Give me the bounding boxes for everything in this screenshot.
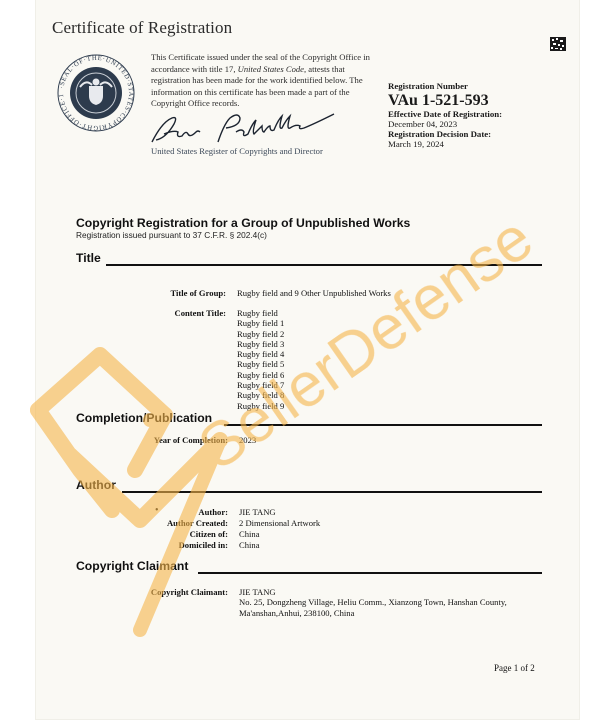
domiciled-in-value: China [239,540,260,550]
document-heading: Copyright Registration for a Group of Un… [76,216,410,230]
title-of-group-label: Title of Group: [106,288,226,298]
registration-number: VAu 1-521-593 [388,92,502,109]
content-title-item: Rugby field 1 [237,318,284,328]
decision-date: March 19, 2024 [388,139,502,149]
author-created-value: 2 Dimensional Artwork [239,518,320,528]
effective-date: December 04, 2023 [388,119,502,129]
author-created-label: Author Created: [108,518,228,528]
section-author-rule [122,491,542,493]
copyright-claimant-label: Copyright Claimant: [108,587,228,597]
document-subheading: Registration issued pursuant to 37 C.F.R… [76,230,267,240]
content-title-label: Content Title: [106,308,226,318]
content-title-item: Rugby field [237,308,284,318]
author-label: Author: [108,507,228,517]
section-claimant-rule [198,572,542,574]
section-title-heading: Title [76,251,101,265]
claimant-address-line1: No. 25, Dongzheng Village, Heliu Comm., … [239,597,507,607]
claimant-name: JIE TANG [239,587,507,597]
section-title-rule [106,264,542,266]
certificate-intro-text: This Certificate issued under the seal o… [151,52,376,110]
author-value: JIE TANG [239,507,276,517]
certificate-title: Certificate of Registration [52,18,232,38]
citizen-of-label: Citizen of: [108,529,228,539]
section-completion-heading: Completion/Publication [76,411,212,425]
title-of-group-value: Rugby field and 9 Other Unpublished Work… [237,288,391,298]
citizen-of-value: China [239,529,260,539]
content-title-list: Rugby fieldRugby field 1Rugby field 2Rug… [237,308,284,411]
section-claimant-heading: Copyright Claimant [76,559,188,573]
signature-image [146,112,341,146]
domiciled-in-label: Domiciled in: [108,540,228,550]
content-title-item: Rugby field 9 [237,401,284,411]
registration-number-label: Registration Number [388,81,502,91]
content-title-item: Rugby field 4 [237,349,284,359]
copyright-office-seal-icon: ·SEAL·OF·THE·UNITED·STATES·COPYRIGHT·OFF… [56,53,136,133]
claimant-address-line2: Ma'anshan,Anhui, 238100, China [239,608,507,618]
decision-date-label: Registration Decision Date: [388,129,502,139]
content-title-item: Rugby field 5 [237,359,284,369]
section-author-heading: Author [76,478,116,492]
effective-date-label: Effective Date of Registration: [388,109,502,119]
content-title-item: Rugby field 3 [237,339,284,349]
content-title-item: Rugby field 7 [237,380,284,390]
signer-title: United States Register of Copyrights and… [151,146,323,156]
content-title-item: Rugby field 6 [237,370,284,380]
content-title-item: Rugby field 8 [237,390,284,400]
copyright-claimant-value: JIE TANG No. 25, Dongzheng Village, Heli… [239,587,507,618]
barcode-icon [550,37,566,51]
section-completion-rule [224,424,542,426]
year-of-completion-label: Year of Completion: [108,435,228,445]
page-number: Page 1 of 2 [494,663,535,673]
content-title-item: Rugby field 2 [237,329,284,339]
year-of-completion-value: 2023 [239,435,256,445]
registration-info: Registration Number VAu 1-521-593 Effect… [388,81,502,149]
